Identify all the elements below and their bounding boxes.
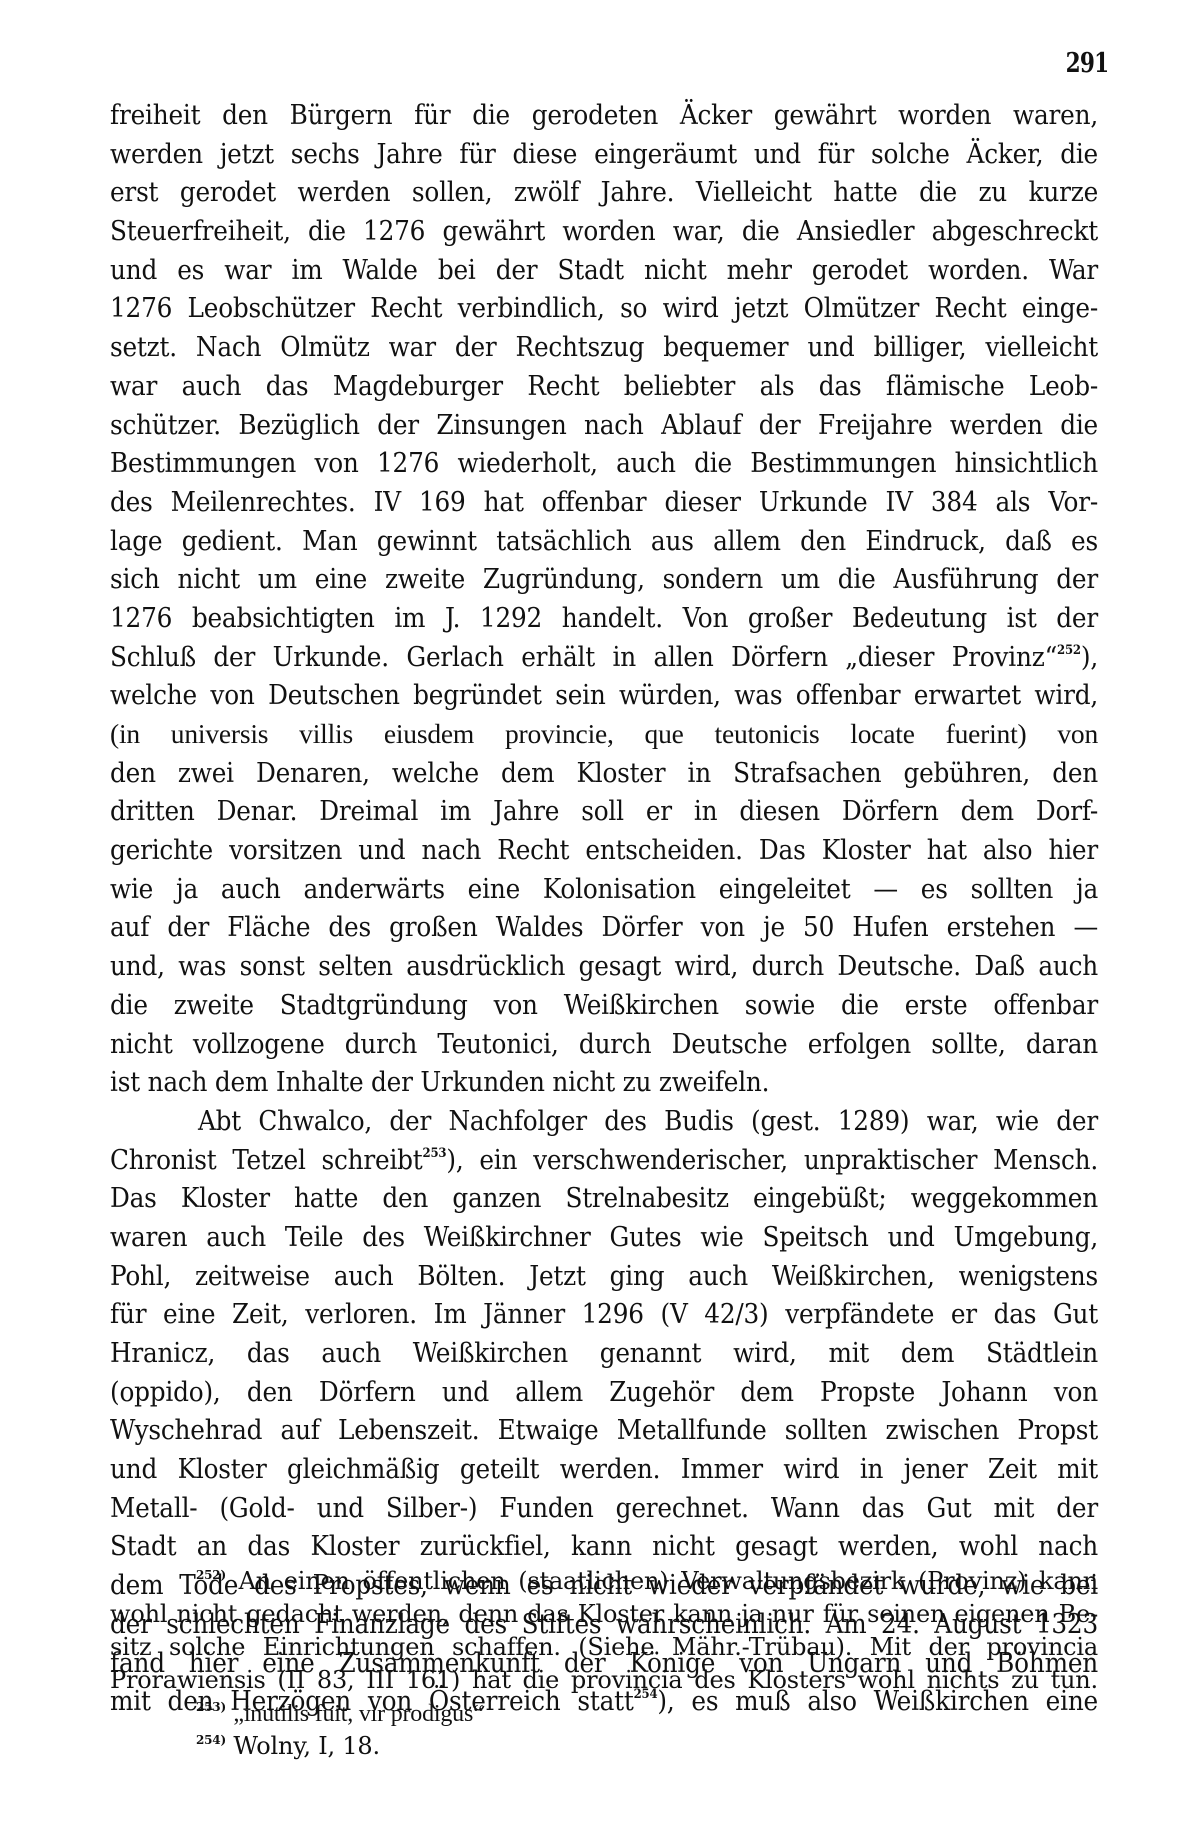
text-line-with-footnote-252: Schluß der Urkunde. Gerlach erhält in al… xyxy=(110,638,1098,677)
text-line: Wyschehrad auf Lebenszeit. Etwaige Metal… xyxy=(110,1411,1098,1450)
text-line: für eine Zeit, verloren. Im Jänner 1296 … xyxy=(110,1295,1098,1334)
text-line: und Kloster gleichmäßig geteilt werden. … xyxy=(110,1450,1098,1489)
footnote-text: „inutilis fuit, vir prodigus“ xyxy=(233,1701,483,1727)
text-line: auf der Fläche des großen Waldes Dörfer … xyxy=(110,908,1098,947)
text-line: 1276 beabsichtigten im J. 1292 handelt. … xyxy=(110,599,1098,638)
footnote-253: 253) „inutilis fuit, vir prodigus“ xyxy=(110,1697,1098,1730)
footnote-ref-252[interactable]: 252 xyxy=(1057,643,1081,658)
text-line-with-footnote-253: Chronist Tetzel schreibt253), ein versch… xyxy=(110,1141,1098,1180)
footnote-252: 252) An einen öffentlichen (staatlichen)… xyxy=(110,1565,1098,1598)
text-line: werden jetzt sechs Jahre für diese einge… xyxy=(110,135,1098,174)
footnote-ref-253[interactable]: 253 xyxy=(423,1146,447,1161)
text-line: Hranicz, das auch Weißkirchen genannt wi… xyxy=(110,1334,1098,1373)
text-line: setzt. Nach Olmütz war der Rechtszug beq… xyxy=(110,328,1098,367)
text-segment: ), ein verschwenderischer, unpraktischer… xyxy=(446,1144,1098,1176)
text-line-paragraph-end: ist nach dem Inhalte der Urkunden nicht … xyxy=(110,1063,1098,1102)
text-line-latin-quote: (in universis villis eiusdem provincie, … xyxy=(110,715,1098,754)
text-line: des Meilenrechtes. IV 169 hat offenbar d… xyxy=(110,483,1098,522)
text-line: 1276 Leobschützer Recht verbindlich, so … xyxy=(110,289,1098,328)
footnote-marker-253: 253) xyxy=(196,1700,226,1714)
footnote-line: wohl nicht gedacht werden, denn das Klos… xyxy=(110,1598,1098,1631)
footnote-text: Wolny, I, 18. xyxy=(233,1732,380,1760)
text-line: Pohl, zeitweise auch Bölten. Jetzt ging … xyxy=(110,1257,1098,1296)
text-line: gerichte vorsitzen und nach Recht entsch… xyxy=(110,831,1098,870)
footnote-line: sitz solche Einrichtungen schaffen. (Sie… xyxy=(110,1631,1098,1664)
footnote-line: Prorawiensis (II 83, III 161) hat die pr… xyxy=(110,1664,1098,1697)
text-segment: Schluß der Urkunde. Gerlach erhält in al… xyxy=(110,641,1057,673)
text-line: Stadt an das Kloster zurückfiel, kann ni… xyxy=(110,1527,1098,1566)
text-line: Steuerfreiheit, die 1276 gewährt worden … xyxy=(110,212,1098,251)
text-line: nicht vollzogene durch Teutonici, durch … xyxy=(110,1025,1098,1064)
text-line: schützer. Bezüglich der Zinsungen nach A… xyxy=(110,406,1098,445)
footnote-254: 254) Wolny, I, 18. xyxy=(110,1730,1098,1763)
text-line: lage gedient. Man gewinnt tatsächlich au… xyxy=(110,522,1098,561)
text-line: und es war im Walde bei der Stadt nicht … xyxy=(110,251,1098,290)
text-segment: ), xyxy=(1081,641,1098,673)
text-segment: Chronist Tetzel schreibt xyxy=(110,1144,423,1176)
text-line: die zweite Stadtgründung von Weißkirchen… xyxy=(110,986,1098,1025)
text-line: freiheit den Bürgern für die gerodeten Ä… xyxy=(110,96,1098,135)
text-line-paragraph-start: Abt Chwalco, der Nachfolger des Budis (g… xyxy=(110,1102,1098,1141)
text-line: dritten Denar. Dreimal im Jahre soll er … xyxy=(110,792,1098,831)
text-line: den zwei Denaren, welche dem Kloster in … xyxy=(110,754,1098,793)
text-line: wie ja auch anderwärts eine Kolonisation… xyxy=(110,870,1098,909)
footnote-marker-254: 254) xyxy=(196,1733,226,1747)
text-line: (oppido), den Dörfern und allem Zugehör … xyxy=(110,1373,1098,1412)
text-line: war auch das Magdeburger Recht beliebter… xyxy=(110,367,1098,406)
text-line: Bestimmungen von 1276 wiederholt, auch d… xyxy=(110,444,1098,483)
footnote-text: An einen öffentlichen (staatlichen) Verw… xyxy=(239,1567,1098,1595)
text-line: welche von Deutschen begründet sein würd… xyxy=(110,676,1098,715)
text-line: Das Kloster hatte den ganzen Strelnabesi… xyxy=(110,1179,1098,1218)
body-text: freiheit den Bürgern für die gerodeten Ä… xyxy=(110,96,1098,1721)
text-line: und, was sonst selten ausdrücklich gesag… xyxy=(110,947,1098,986)
text-line: sich nicht um eine zweite Zugründung, so… xyxy=(110,560,1098,599)
page-number: 291 xyxy=(1065,48,1108,79)
footnote-marker-252: 252) xyxy=(196,1568,226,1582)
text-line: waren auch Teile des Weißkirchner Gutes … xyxy=(110,1218,1098,1257)
text-line: erst gerodet werden sollen, zwölf Jahre.… xyxy=(110,173,1098,212)
footnotes: 252) An einen öffentlichen (staatlichen)… xyxy=(110,1565,1098,1763)
text-line: Metall- (Gold- und Silber-) Funden gerec… xyxy=(110,1489,1098,1528)
